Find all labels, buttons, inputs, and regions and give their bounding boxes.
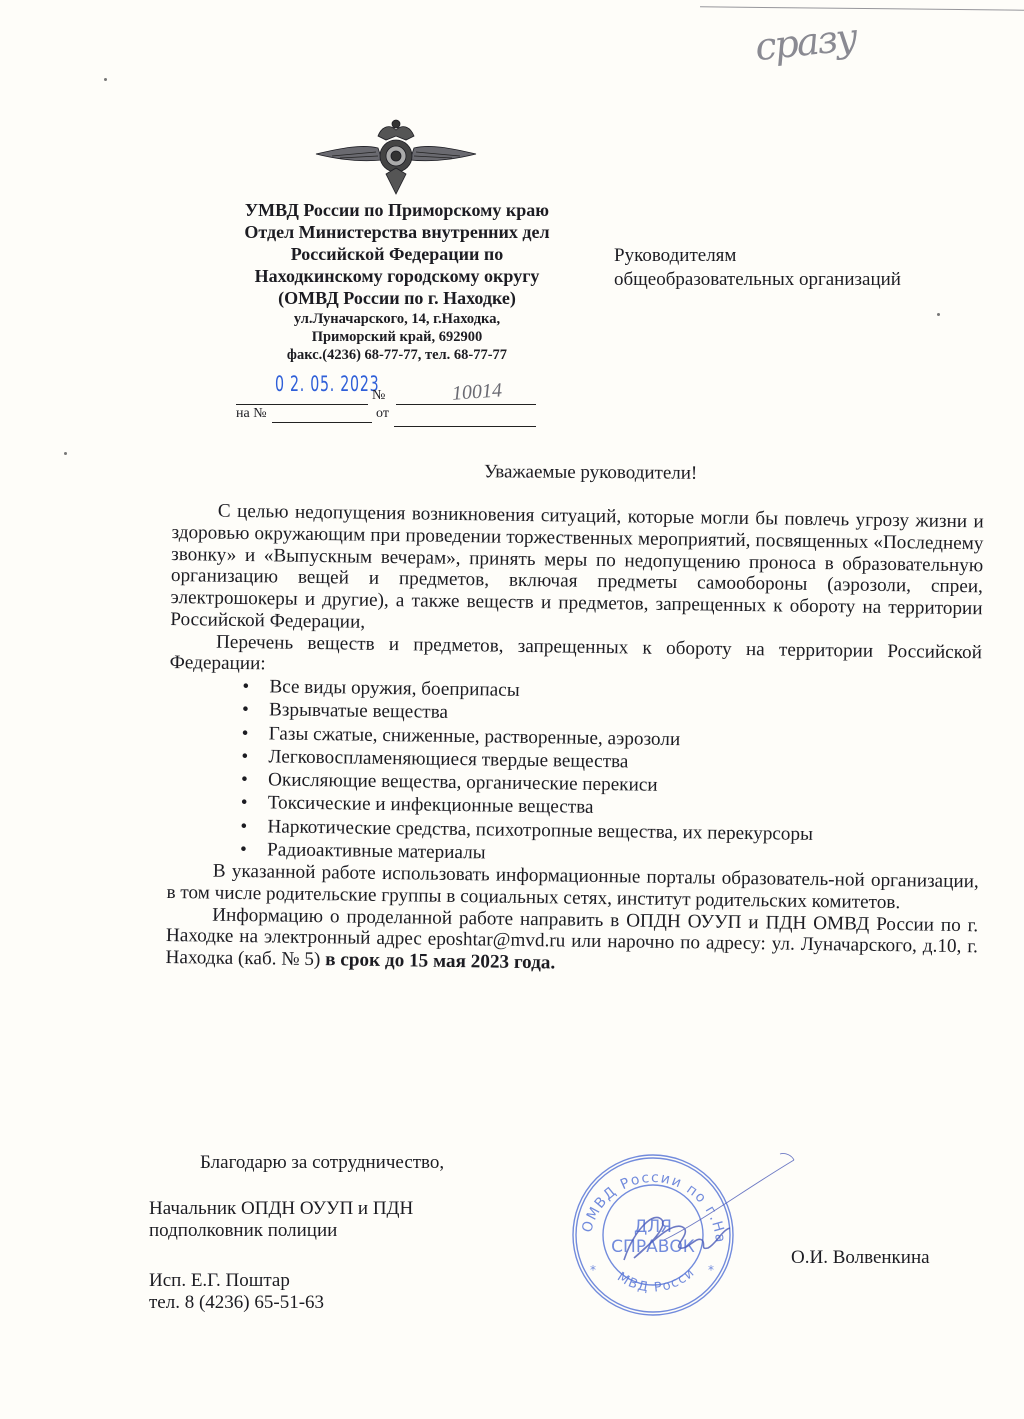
handwritten-signature-icon xyxy=(604,1150,804,1270)
executor-info: Исп. Е.Г. Поштар тел. 8 (4236) 65-51-63 xyxy=(149,1270,324,1315)
letterhead-address: ул.Луначарского, 14, г.Находка, xyxy=(214,310,580,328)
addressee: Руководителям общеобразовательных органи… xyxy=(614,244,901,293)
scan-speck xyxy=(104,78,107,81)
letterhead-line: УМВД России по Приморскому краю xyxy=(214,200,580,222)
letterhead-contacts: факс.(4236) 68-77-77, тел. 68-77-77 xyxy=(214,346,580,364)
closing-line: Благодарю за сотрудничество, xyxy=(200,1152,444,1174)
prohibited-items-list: Все виды оружия, боеприпасы Взрывчатые в… xyxy=(167,674,982,871)
signer-name: О.И. Волвенкина xyxy=(791,1247,930,1269)
letterhead-line: Российской Федерации по xyxy=(214,244,580,266)
body-paragraph: Информацию о проделанной работе направит… xyxy=(165,904,978,981)
signer-position: Начальник ОПДН ОУУП и ПДН подполковник п… xyxy=(149,1198,413,1243)
reference-from-underline xyxy=(394,426,536,427)
registration-number-label: № xyxy=(372,388,385,404)
signer-rank-line: подполковник полиции xyxy=(149,1220,413,1242)
letterhead: УМВД России по Приморскому краю Отдел Ми… xyxy=(214,200,580,364)
letterhead-line: Отдел Министерства внутренних дел xyxy=(214,222,580,244)
reference-number-label: на № xyxy=(236,406,267,422)
signer-position-line: Начальник ОПДН ОУУП и ПДН xyxy=(149,1198,413,1220)
deadline-text: в срок до 15 мая 2023 года. xyxy=(325,949,555,973)
body-paragraph: С целью недопущения возникновения ситуац… xyxy=(170,500,984,642)
mvd-eagle-emblem-icon xyxy=(312,118,480,198)
scan-speck xyxy=(937,313,940,316)
addressee-line: общеобразовательных организаций xyxy=(614,268,901,292)
reference-underline xyxy=(272,422,372,423)
salutation: Уважаемые руководители! xyxy=(484,461,697,484)
letterhead-line: Находкинскому городскому округу xyxy=(214,266,580,288)
handwritten-note: сразу xyxy=(753,15,858,69)
letterhead-line: (ОМВД России по г. Находке) xyxy=(214,288,580,310)
registration-number-handwritten: 10014 xyxy=(451,379,502,405)
letter-body: С целью недопущения возникновения ситуац… xyxy=(165,500,983,980)
svg-text:*: * xyxy=(590,1263,596,1277)
executor-name: Исп. Е.Г. Поштар xyxy=(149,1270,324,1292)
scan-speck xyxy=(64,452,67,455)
letterhead-address: Приморский край, 692900 xyxy=(214,328,580,346)
page-edge-line xyxy=(700,6,1024,16)
body-paragraph-text: Информацию о проделанной работе направит… xyxy=(165,904,978,970)
reference-from-label: от xyxy=(376,406,389,422)
addressee-line: Руководителям xyxy=(614,244,901,268)
executor-phone: тел. 8 (4236) 65-51-63 xyxy=(149,1292,324,1314)
registration-date-stamp: 0 2. 05. 2023 xyxy=(275,372,379,396)
date-underline xyxy=(236,404,368,405)
